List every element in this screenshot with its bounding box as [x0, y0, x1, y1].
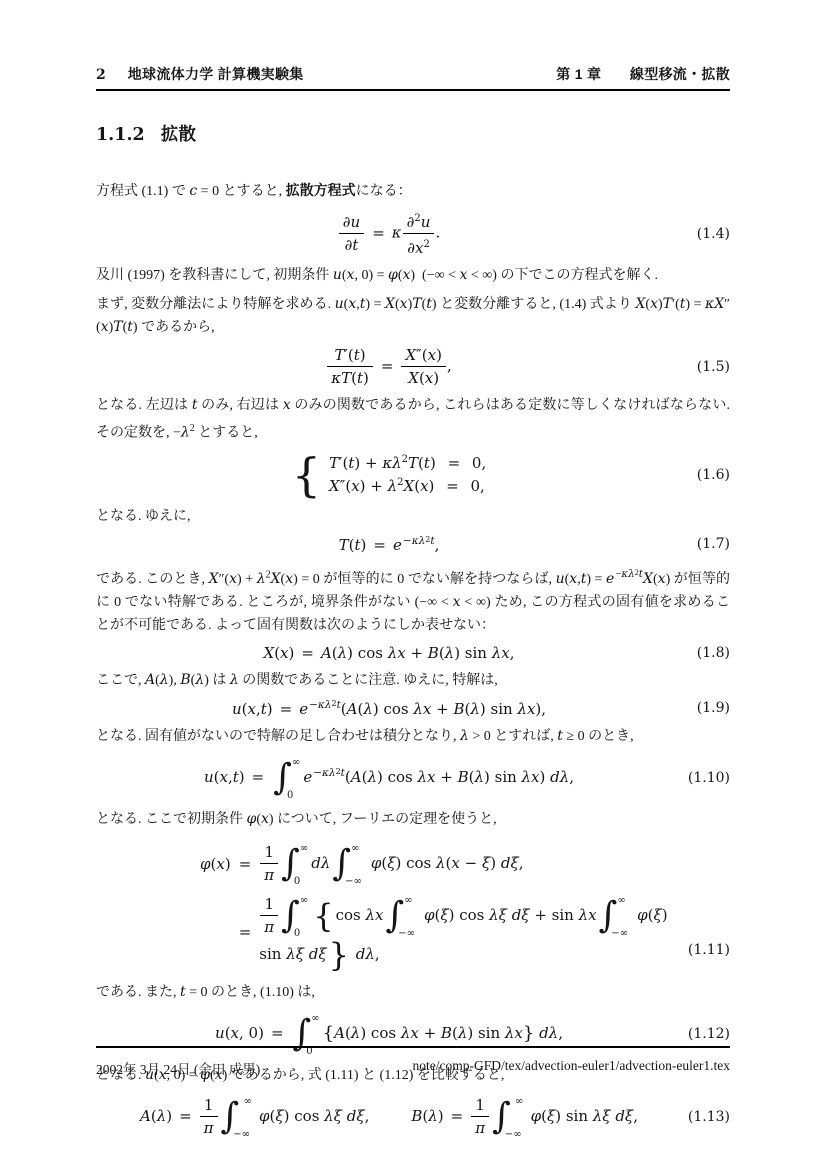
footer-date: 2002年 3月 24日 (余田 成男): [96, 1058, 260, 1078]
section-heading: 1.1.2 拡散: [96, 121, 730, 146]
equation-number: (1.13): [682, 1109, 730, 1125]
section-title: 拡散: [161, 121, 197, 146]
chapter-title: 第 1 章 線型移流・拡散: [556, 64, 730, 84]
book-title: 地球流体力学 計算機実験集: [128, 64, 304, 84]
header-rule: [96, 89, 730, 91]
equation-body: T′(t)κT(t)=X″(x)X(x),: [96, 346, 682, 387]
equation-1-6: {T′(t) + κλ2T(t) = 0,X″(x) + λ2X(x) = 0,…: [96, 452, 730, 498]
equation-body: {T′(t) + κλ2T(t) = 0,X″(x) + λ2X(x) = 0,: [96, 452, 682, 498]
equation-number: (1.10): [682, 770, 730, 786]
paragraph-8: となる. 固有値がないので特解の足し合わせは積分となり, λ > 0 とすれば,…: [96, 725, 730, 748]
equation-number: (1.11): [682, 942, 730, 974]
paragraph-1: 方程式 (1.1) で c = 0 とすると, 拡散方程式になる：: [96, 180, 730, 203]
equation-1-13: A(λ)=1π∫∞−∞φ(ξ) cos λξ dξ,B(λ)=1π∫∞−∞φ(ξ…: [96, 1094, 730, 1140]
equation-body: X(x)=A(λ) cos λx + B(λ) sin λx,: [96, 644, 682, 662]
equation-body: ∂u∂t=κ∂2u∂x2.: [96, 210, 682, 257]
equation-body: T(t)=e−κλ2t,: [96, 535, 682, 554]
paragraph-7: ここで, A(λ), B(λ) は λ の関数であることに注意. ゆえに, 特解…: [96, 669, 730, 692]
equation-body: φ(x)=1π∫∞0dλ∫∞−∞φ(ξ) cos λ(x − ξ) dξ,=1π…: [96, 838, 682, 974]
equation-number: (1.5): [682, 359, 730, 375]
equation-number: (1.12): [682, 1026, 730, 1042]
paragraph-5: となる. ゆえに,: [96, 505, 730, 528]
equation-1-8: X(x)=A(λ) cos λx + B(λ) sin λx, (1.8): [96, 644, 730, 662]
header-left: 2 地球流体力学 計算機実験集: [96, 64, 304, 84]
paragraph-4: となる. 左辺は t のみ, 右辺は x のみの関数であるから, これらはある定…: [96, 394, 730, 445]
equation-1-10: u(x,t)=∫∞0e−κλ2t(A(λ) cos λx + B(λ) sin …: [96, 755, 730, 801]
equation-number: (1.7): [682, 536, 730, 552]
footer-file-path: note/comp-GFD/tex/advection-euler1/advec…: [412, 1058, 730, 1078]
page-footer: 2002年 3月 24日 (余田 成男) note/comp-GFD/tex/a…: [96, 1046, 730, 1078]
page-header: 2 地球流体力学 計算機実験集 第 1 章 線型移流・拡散: [96, 64, 730, 84]
document-page: 2 地球流体力学 計算機実験集 第 1 章 線型移流・拡散 1.1.2 拡散 方…: [0, 0, 826, 1169]
paragraph-3: まず, 変数分離法により特解を求める. u(x,t) = X(x)T(t) と変…: [96, 293, 730, 339]
page-number: 2: [96, 67, 106, 83]
equation-1-11: φ(x)=1π∫∞0dλ∫∞−∞φ(ξ) cos λ(x − ξ) dξ,=1π…: [96, 838, 730, 974]
paragraph-6: である. このとき, X″(x) + λ2X(x) = 0 が恒等的に 0 でな…: [96, 561, 730, 637]
equation-number: (1.6): [682, 467, 730, 483]
paragraph-10: である. また, t = 0 のとき, (1.10) は,: [96, 981, 730, 1004]
equation-number: (1.8): [682, 645, 730, 661]
equation-1-9: u(x,t)=e−κλ2t(A(λ) cos λx + B(λ) sin λx)…: [96, 699, 730, 718]
section-number: 1.1.2: [96, 125, 145, 145]
equation-body: A(λ)=1π∫∞−∞φ(ξ) cos λξ dξ,B(λ)=1π∫∞−∞φ(ξ…: [96, 1094, 682, 1140]
equation-body: u(x,t)=∫∞0e−κλ2t(A(λ) cos λx + B(λ) sin …: [96, 755, 682, 801]
equation-body: u(x,t)=e−κλ2t(A(λ) cos λx + B(λ) sin λx)…: [96, 699, 682, 718]
paragraph-2: 及川 (1997) を教科書にして, 初期条件 u(x, 0) = φ(x) (…: [96, 264, 730, 287]
equation-1-7: T(t)=e−κλ2t, (1.7): [96, 535, 730, 554]
paragraph-9: となる. ここで初期条件 φ(x) について, フーリエの定理を使うと,: [96, 808, 730, 831]
equation-number: (1.4): [682, 226, 730, 242]
equation-1-4: ∂u∂t=κ∂2u∂x2. (1.4): [96, 210, 730, 257]
equation-number: (1.9): [682, 700, 730, 716]
equation-1-5: T′(t)κT(t)=X″(x)X(x), (1.5): [96, 346, 730, 387]
